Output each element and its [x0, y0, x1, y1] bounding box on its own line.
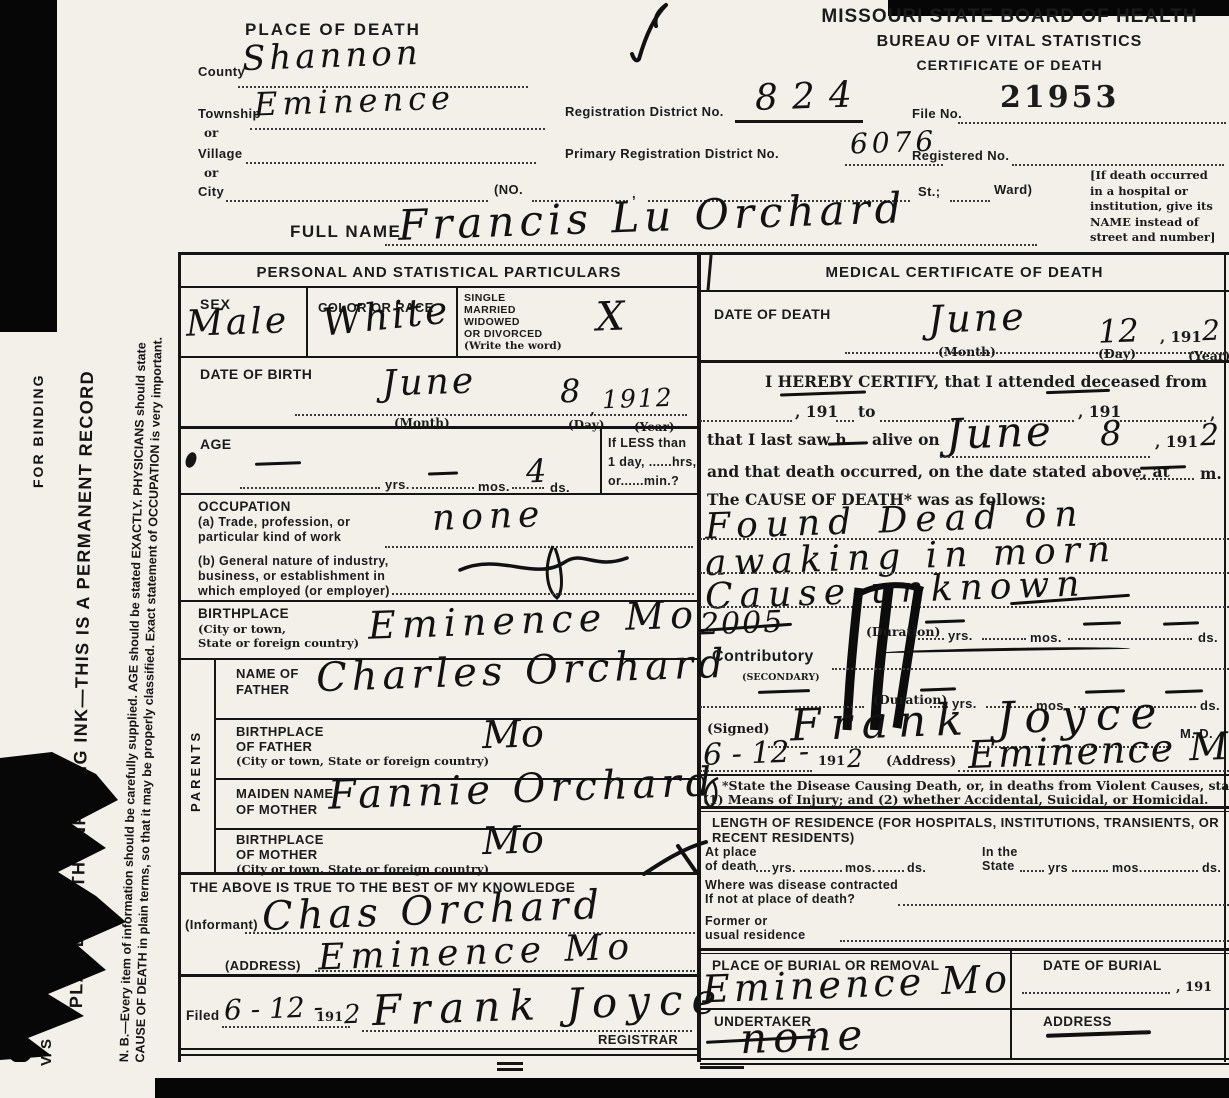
signed-date-value: 6 - 12 - [702, 734, 809, 773]
scan-artifact [497, 1068, 523, 1071]
scan-artifact [700, 1066, 744, 1069]
marital-value: X [595, 294, 625, 341]
street-no-label: (NO. [494, 182, 523, 197]
marital-note: (Write the word) [464, 340, 562, 352]
dod-year-prefix: , 191 [1160, 328, 1202, 346]
village-line [246, 162, 536, 164]
former-label-2: usual residence [705, 928, 806, 943]
st-label: St.; [918, 184, 941, 199]
rule [456, 288, 458, 356]
rule [700, 811, 1229, 812]
last-saw-line [940, 456, 1150, 458]
occupation-a-label: (a) Trade, profession, or particular kin… [198, 515, 350, 545]
duration-ds-1: ds. [1198, 630, 1218, 645]
pen-dash [428, 471, 458, 475]
or-label-1: or [204, 126, 218, 140]
last-saw-month-value: June [945, 406, 1054, 459]
file-no-label: File No. [912, 106, 962, 121]
pen-dash [1165, 689, 1203, 693]
frame-top [180, 252, 1229, 255]
certify-blank2b [1120, 420, 1206, 422]
last-saw-191: , 191 [1155, 432, 1198, 451]
burial-date-year: , 191 [1176, 980, 1212, 995]
ward-line [950, 200, 990, 202]
registration-district-line [735, 120, 863, 123]
father-birthplace-label: BIRTHPLACE OF FATHER [236, 724, 324, 754]
res-ds-2: ds. [1202, 861, 1221, 876]
residence-title-1: LENGTH OF RESIDENCE (FOR HOSPITALS, INST… [712, 815, 1219, 830]
scan-artifact [497, 1062, 523, 1065]
signed-year-prefix: 191 [818, 754, 845, 769]
res-line [1020, 870, 1044, 872]
certify-line1: I HEREBY CERTIFY, that I attended deceas… [765, 372, 1207, 391]
file-no-line [958, 122, 1226, 124]
ward-label: Ward) [994, 182, 1032, 197]
dob-day-value: 8 [559, 372, 581, 411]
day-caption: (Day) [1098, 346, 1136, 361]
medical-section-title: MEDICAL CERTIFICATE OF DEATH [700, 264, 1229, 282]
filed-date-line [222, 1026, 350, 1028]
rule [180, 872, 698, 875]
registrar-label: REGISTRAR [598, 1032, 678, 1047]
registrar-signature: Frank Joyce [371, 974, 726, 1035]
signed-year-digit: 2 [846, 744, 863, 774]
city-label: City [198, 184, 224, 199]
ink-spot [184, 451, 199, 469]
comma-mark: , [590, 402, 595, 418]
burial-place-value: Eminence Mo [701, 957, 1011, 1012]
pen-dash [255, 461, 301, 466]
age-mos-line [412, 487, 474, 489]
dod-year-digit: 2 [1201, 314, 1220, 348]
hospital-note: [If death occurred in a hospital or inst… [1090, 168, 1224, 246]
at-place-label-1: At place [705, 845, 757, 860]
township-line [250, 128, 545, 130]
contributory-line [832, 668, 1229, 670]
age-days-value: 4 [525, 452, 547, 491]
contributory-label: Contributory [712, 648, 814, 667]
certify-to: to [858, 402, 876, 421]
rule [214, 718, 698, 720]
death-certificate-scan: PLAINLY, WITH UNFADING INK—THIS IS A PER… [0, 0, 1229, 1098]
certify-blank1 [700, 420, 792, 422]
margin-binding-note: FOR BINDING [30, 373, 46, 488]
res-yrs-2: yrs [1048, 861, 1068, 876]
primary-district-label: Primary Registration District No. [565, 146, 779, 161]
informant-address-label: (ADDRESS) [225, 958, 301, 973]
signed-label: (Signed) [707, 722, 770, 737]
res-line [1072, 870, 1108, 872]
ink-blot [0, 752, 170, 1062]
dod-month-value: June [927, 294, 1027, 341]
rule [306, 288, 308, 356]
full-name-line [385, 244, 1037, 246]
filed-year-digit: 2 [343, 1000, 361, 1031]
duration-line [918, 638, 944, 640]
marital-status-label: SINGLE MARRIED WIDOWED OR DIVORCED [464, 292, 543, 340]
certify-line4-end: m. [1200, 464, 1222, 483]
rule [700, 953, 1229, 954]
rule [180, 1054, 698, 1056]
parents-label: PARENTS [188, 730, 203, 812]
res-line [1144, 870, 1198, 872]
frame-left [178, 252, 181, 1062]
footnote-line1: *State the Disease Causing Death, or, in… [722, 778, 1229, 793]
res-yrs-1: yrs. [772, 861, 796, 876]
contracted-label-1: Where was disease contracted [705, 878, 898, 893]
signed-address-line [958, 770, 1229, 772]
rule [180, 356, 698, 358]
residence-title-2: RECENT RESIDENTS) [712, 830, 855, 845]
rule [180, 1048, 698, 1050]
primary-district-line [845, 164, 943, 166]
township-value: Eminence [253, 79, 455, 124]
rule [700, 1008, 1229, 1010]
birthplace-label: BIRTHPLACE [198, 606, 289, 622]
registered-no-label: Registered No. [912, 148, 1009, 163]
father-birthplace-value: Mo [481, 711, 544, 757]
rule [700, 360, 1229, 363]
secondary-label: (SECONDARY) [742, 672, 820, 683]
dob-line [295, 414, 687, 416]
registration-district-value: 824 [754, 74, 866, 119]
age-yrs-line [240, 487, 380, 489]
age-label: AGE [200, 436, 232, 453]
duration-line [1068, 638, 1192, 640]
pen-checkmark [622, 2, 674, 64]
mother-birthplace-label: BIRTHPLACE OF MOTHER [236, 832, 324, 862]
county-value: Shannon [241, 33, 422, 79]
res-line [878, 870, 904, 872]
full-name-value: Francis Lu Orchard [397, 183, 907, 250]
rule [700, 948, 1229, 951]
burial-date-label: DATE OF BURIAL [1043, 958, 1162, 974]
board-title: MISSOURI STATE BOARD OF HEALTH [790, 6, 1229, 28]
filed-label: Filed [186, 1008, 220, 1024]
occupation-b-label: (b) General nature of industry, business… [198, 554, 390, 599]
pen-dash [1046, 1030, 1151, 1038]
former-line [840, 940, 1229, 942]
mother-name-value: Fannie Orchard [327, 759, 717, 819]
dob-month-value: June [381, 360, 476, 404]
full-name-label: FULL NAME [290, 222, 401, 242]
mother-birthplace-value: Mo [481, 817, 544, 863]
in-state-label-2: State [982, 859, 1015, 874]
res-line [756, 870, 770, 872]
certify-line3b: alive on [872, 430, 940, 449]
pen-dash [1083, 621, 1121, 625]
rule [700, 806, 1229, 809]
binding-black-strip [0, 0, 57, 332]
village-label: Village [198, 146, 242, 161]
certificate-title: CERTIFICATE OF DEATH [790, 57, 1229, 74]
res-ds-1: ds. [907, 861, 926, 876]
rule [700, 290, 1229, 292]
occupation-label: OCCUPATION [198, 499, 291, 515]
bureau-title: BUREAU OF VITAL STATISTICS [790, 33, 1229, 52]
registered-no-line [1012, 164, 1224, 166]
informant-address-line [315, 970, 695, 972]
dob-year-value: 1912 [602, 383, 675, 414]
certify-blank1b [836, 420, 854, 422]
signed-date-line [700, 770, 812, 772]
scan-edge-bar-bottom [155, 1078, 1229, 1098]
personal-section-title: PERSONAL AND STATISTICAL PARTICULARS [180, 264, 698, 282]
duration-line [982, 638, 1026, 640]
pen-dash [780, 391, 866, 397]
address-label: (Address) [886, 754, 956, 769]
rule [700, 774, 1229, 776]
father-name-value: Charles Orchard [315, 641, 729, 701]
filed-year-prefix: 191 [316, 1010, 343, 1025]
rule [180, 493, 698, 495]
dod-label: DATE OF DEATH [714, 306, 831, 323]
duration-caption-1: (Duration) [866, 624, 940, 639]
former-label-1: Former or [705, 914, 768, 929]
duration-mos-1: mos. [1030, 630, 1062, 645]
certify-line3a: that I last saw h [707, 430, 847, 449]
certify-191a: , 191 [795, 402, 838, 421]
file-no-value: 21953 [1000, 80, 1119, 115]
dod-line [845, 352, 1225, 354]
father-name-label: NAME OF FATHER [236, 666, 299, 698]
if-less-note: If LESS than 1 day, ......hrs, or......m… [608, 434, 697, 491]
last-saw-year-digit: 2 [1199, 418, 1219, 454]
burial-date-line [1022, 992, 1170, 994]
contracted-label-2: If not at place of death? [705, 892, 855, 907]
township-label: Township [198, 106, 261, 121]
pen-dash [1163, 621, 1199, 625]
rule [214, 828, 698, 830]
pen-dash [758, 689, 810, 694]
month-caption: (Month) [938, 344, 996, 359]
mother-name-label: MAIDEN NAME OF MOTHER [236, 786, 334, 818]
pen-dash [828, 441, 868, 445]
rule [214, 658, 216, 872]
age-yrs-caption: yrs. [385, 477, 410, 492]
occupation-a-value: none [431, 494, 546, 539]
undertaker-address-label: ADDRESS [1043, 1014, 1112, 1030]
registration-district-label: Registration District No. [565, 104, 724, 119]
informant-label: (Informant) [185, 917, 258, 932]
contracted-line [898, 904, 1229, 906]
duration-yrs-1: yrs. [948, 628, 973, 643]
res-line [800, 870, 842, 872]
birthplace-note: (City or town, State or foreign country) [198, 622, 359, 650]
sex-value: Male [185, 300, 290, 345]
filed-date-value: 6 - 12 - [223, 990, 323, 1026]
signed-address-value: Eminence Mo [967, 723, 1229, 777]
at-place-label-2: of death [705, 859, 757, 874]
county-label: County [198, 64, 245, 79]
res-mos-2: mos. [1112, 861, 1143, 876]
in-state-label-1: In the [982, 845, 1018, 860]
duration-ds-2: ds. [1200, 698, 1220, 713]
dod-day-value: 12 [1097, 311, 1139, 350]
rule [600, 429, 602, 493]
certify-line4: and that death occurred, on the date sta… [707, 462, 1170, 481]
rule [700, 1063, 1229, 1065]
rule [700, 1058, 1229, 1060]
dob-label: DATE OF BIRTH [200, 366, 312, 383]
or-label-2: or [204, 166, 218, 180]
color-race-value: White [320, 287, 452, 344]
last-saw-day-value: 8 [1099, 414, 1122, 455]
rule [180, 426, 698, 429]
footnote-line2: (1) Means of Injury; and (2) whether Acc… [703, 792, 1208, 807]
certify-blank4 [1136, 478, 1194, 480]
res-mos-1: mos. [845, 861, 876, 876]
father-birthplace-note: (City or town, State or foreign country) [236, 754, 489, 768]
